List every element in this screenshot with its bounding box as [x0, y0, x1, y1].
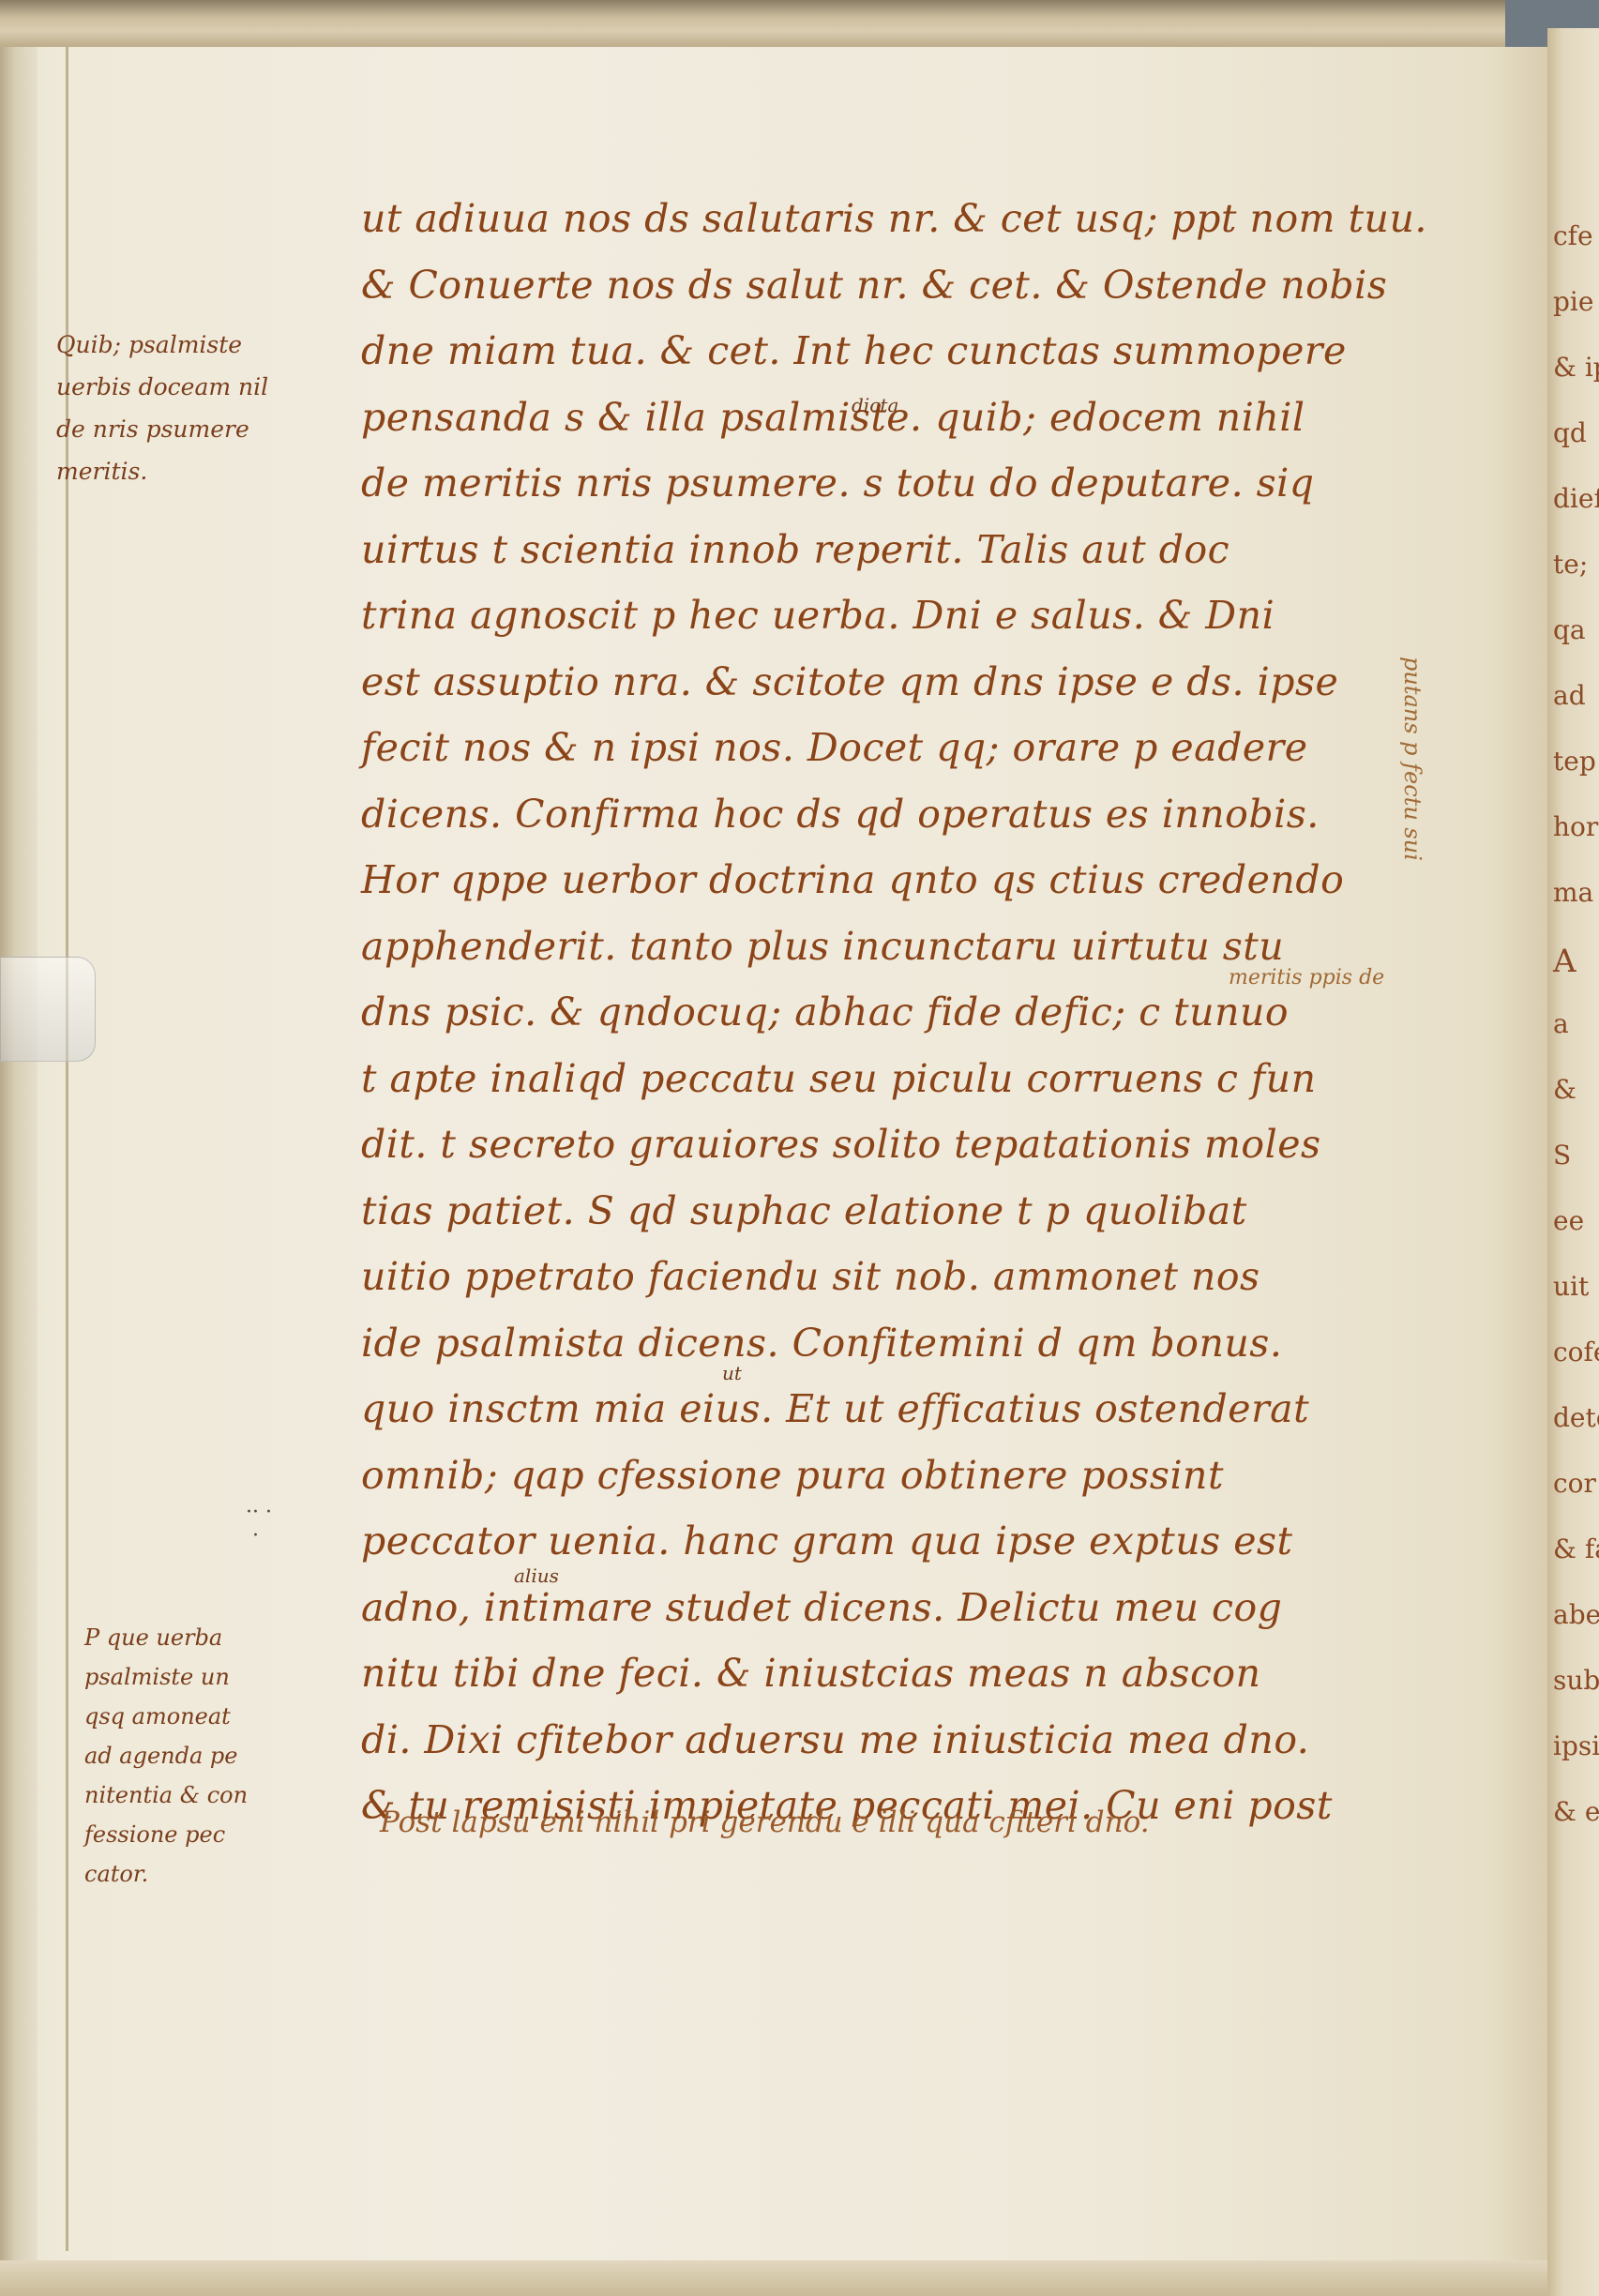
gloss-line: Quib; psalmiste	[56, 324, 268, 366]
facing-fragment: subi	[1553, 1665, 1599, 1696]
interlinear-gloss-ut: ut	[722, 1362, 742, 1384]
main-text-block: ut adiuua nos ds salutaris nr. & cet usq…	[361, 195, 1468, 1849]
facing-fragment: qd	[1553, 417, 1587, 448]
facing-fragment: & ip	[1553, 352, 1599, 383]
text-line: & Conuerte nos ds salut nr. & cet. & Ost…	[361, 262, 1468, 328]
gloss-line: cator.	[84, 1854, 248, 1894]
interlinear-gloss-alius: alius	[514, 1564, 559, 1587]
text-line: nitu tibi dne feci. & iniustcias meas n …	[361, 1650, 1468, 1716]
text-line: t apte inaliqd peccatu seu piculu corrue…	[361, 1055, 1468, 1122]
text-line: de meritis nris psumere. s totu do deput…	[361, 460, 1468, 526]
text-line: ut adiuua nos ds salutaris nr. & cet usq…	[361, 195, 1468, 262]
gloss-line: de nris psumere	[56, 408, 268, 450]
text-line: trina agnoscit p hec uerba. Dni e salus.…	[361, 592, 1468, 658]
page-clip	[0, 957, 96, 1062]
facing-page: cfe pie & ip qd dief te; qa ad tep hor m…	[1547, 28, 1599, 2296]
text-line: tias patiet. S qd suphac elatione t p qu…	[361, 1187, 1468, 1254]
facing-fragment: ipsi	[1553, 1730, 1599, 1761]
gloss-line: meritis.	[56, 450, 268, 492]
text-line: uirtus t scientia innob reperit. Talis a…	[361, 526, 1468, 593]
gloss-line: P que uerba	[84, 1618, 248, 1657]
facing-fragment: & fa	[1553, 1533, 1599, 1564]
gloss-line: psalmiste un	[84, 1657, 248, 1697]
text-line: dns psic. & qndocuq; abhac fide defic; c…	[361, 989, 1468, 1055]
facing-fragment: qa	[1553, 614, 1586, 645]
facing-fragment: A	[1553, 943, 1576, 980]
text-line: dne miam tua. & cet. Int hec cunctas sum…	[361, 327, 1468, 394]
facing-fragment: ee	[1553, 1205, 1584, 1236]
gloss-line: ad agenda pe	[84, 1736, 248, 1775]
facing-fragment: cofe	[1553, 1337, 1599, 1367]
gloss-line: fessione pec	[84, 1815, 248, 1854]
bottom-gloss-line: Post lapsu eni nihil pri gerendu e illi …	[380, 1805, 1150, 1839]
facing-fragment: a	[1553, 1008, 1569, 1039]
book-binding-top	[0, 0, 1505, 53]
text-line: pensanda s & illa psalmiste. quib; edoce…	[361, 394, 1468, 461]
margin-gloss-left-top: Quib; psalmiste uerbis doceam nil de nri…	[56, 324, 268, 492]
facing-fragment: & e	[1553, 1796, 1599, 1827]
text-line: quo insctm mia eius. Et ut efficatius os…	[361, 1385, 1468, 1452]
facing-fragment: &	[1553, 1074, 1576, 1105]
text-line: Hor qppe uerbor doctrina qnto qs ctius c…	[361, 856, 1468, 923]
gloss-line: nitentia & con	[84, 1775, 248, 1815]
facing-fragment: dete	[1553, 1402, 1599, 1433]
interlinear-gloss-dicta: dicta	[852, 394, 898, 416]
facing-fragment: ma	[1553, 877, 1593, 908]
gloss-line: uerbis doceam nil	[56, 366, 268, 408]
page-bottom-edge	[0, 2260, 1547, 2296]
text-line: est assuptio nra. & scitote qm dns ipse …	[361, 658, 1468, 725]
text-line: dit. t secreto grauiores solito tepatati…	[361, 1121, 1468, 1187]
facing-fragment: dief	[1553, 483, 1599, 514]
text-line: di. Dixi cfitebor aduersu me iniusticia …	[361, 1716, 1468, 1783]
ink-marks: ·· · ·	[246, 1501, 272, 1548]
facing-fragment: ad	[1553, 680, 1586, 711]
text-line: adno, intimare studet dicens. Delictu me…	[361, 1584, 1468, 1651]
gloss-line: qsq amoneat	[84, 1697, 248, 1736]
facing-fragment: pie	[1553, 286, 1593, 317]
facing-fragment: abec	[1553, 1599, 1599, 1630]
right-margin-vertical-gloss: putans p fectu sui	[1399, 657, 1426, 861]
text-line: omnib; qap cfessione pura obtinere possi…	[361, 1452, 1468, 1518]
facing-fragment: uit	[1553, 1271, 1589, 1302]
facing-fragment: tep	[1553, 746, 1596, 777]
facing-fragment: cfe	[1553, 220, 1593, 251]
text-line: ide psalmista dicens. Confitemini d qm b…	[361, 1320, 1468, 1386]
facing-fragment: hor	[1553, 811, 1598, 842]
facing-fragment: S	[1553, 1140, 1571, 1171]
facing-fragment: te;	[1553, 549, 1588, 580]
margin-gloss-left-bottom: P que uerba psalmiste un qsq amoneat ad …	[84, 1618, 248, 1894]
text-line: fecit nos & n ipsi nos. Docet qq; orare …	[361, 724, 1468, 791]
page-edge-left	[0, 47, 38, 2296]
right-margin-interlinear-gloss: meritis ppis de	[1229, 966, 1384, 989]
facing-fragment: cor	[1553, 1468, 1596, 1499]
text-line: uitio ppetrato faciendu sit nob. ammonet…	[361, 1253, 1468, 1320]
text-line: dicens. Confirma hoc ds qd operatus es i…	[361, 791, 1468, 857]
